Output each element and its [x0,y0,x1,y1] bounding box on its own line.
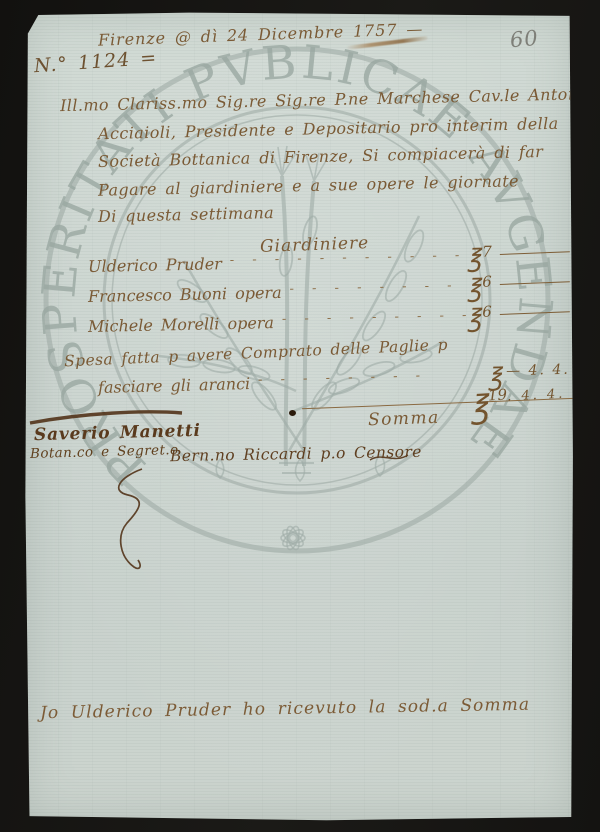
total-value: 19 [487,386,507,405]
petition-line-3: Società Bottanica di Firenze, Si compiac… [98,142,544,171]
dash-leader: - - - - - - - - - - - - - - [222,248,467,268]
total-amount: ℥ 19 . 4. 4. [469,387,566,424]
document-page: PROSPERITATI PVBLICAE AVGENDAE [24,11,574,821]
payment-row: Michele Morelli opera - - - - - - - - - … [88,303,570,339]
lira-symbol: ℥ [467,275,482,300]
lira-symbol: ℥ [467,245,482,270]
signature-paraph [119,469,142,568]
total-label: Somma [368,408,440,431]
censor-signature: Bern.no Riccardi p.o Censore [170,443,422,466]
scan-background: PROSPERITATI PVBLICAE AVGENDAE [0,0,600,832]
dash-leader: - - - - - - - - - - - - [281,278,467,297]
folio-number: 60 [509,26,540,54]
amount-rule [500,311,570,315]
petition-line-2: Acciaioli, Presidente e Depositario pro … [98,114,559,144]
expense-line-2: fasciare gli aranci [98,374,251,397]
petition-line-4: Pagare al giardiniere e a sue opere le g… [98,171,519,200]
expense-amount: — 4. 4. [506,362,570,380]
total-cents: . 4. 4. [507,387,566,405]
petition-line-5: Di questa settimana [98,203,275,226]
amount-rule [500,281,570,285]
amount-value: 6 [482,303,492,321]
lira-symbol: ℥ [467,305,482,330]
receipt-line: Jo Ulderico Pruder ho ricevuto la sod.a … [40,695,530,724]
document-number: N.° 1124 = [33,47,158,78]
secretary-title: Botan.co e Segret.o [30,442,179,462]
seal-rosette [280,525,305,551]
dash-leader: - - - - - - - - [250,366,488,387]
payee-name: Michele Morelli opera [88,313,274,336]
amount-value: 7 [482,243,492,261]
ink-blot [289,410,296,416]
amount-rule [500,251,570,255]
dash-leader: - - - - - - - - - - - - [274,308,467,327]
payee-name: Ulderico Pruder [88,254,222,276]
amount-value: 6 [482,273,492,291]
payee-name: Francesco Buoni opera [88,282,282,305]
lira-symbol: ℥ [469,391,489,424]
petition-line-1: Ill.mo Clariss.mo Sig.re Sig.re P.ne Mar… [60,82,600,115]
